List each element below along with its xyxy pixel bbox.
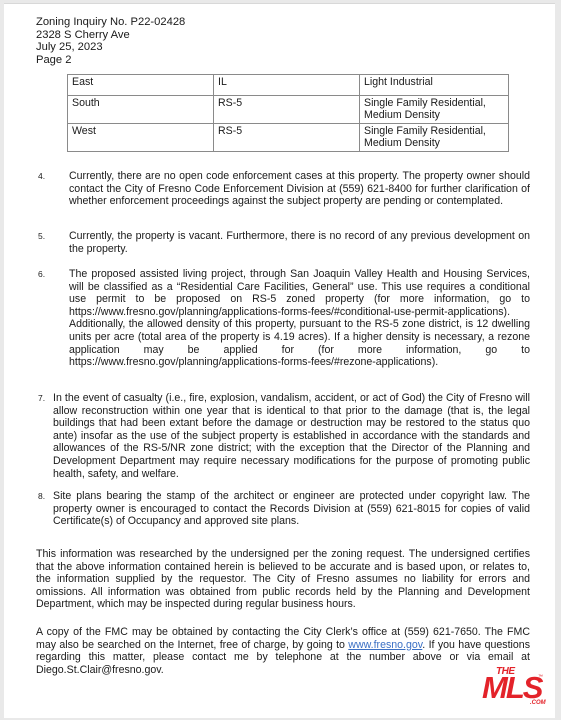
item-text: The proposed assisted living project, th… [69,268,530,369]
description-cell: Single Family Residential, Medium Densit… [360,96,509,124]
item-text: Site plans bearing the stamp of the arch… [53,490,530,528]
fmc-paragraph: A copy of the FMC may be obtained by con… [36,626,530,676]
inquiry-number: Zoning Inquiry No. P22-02428 [36,16,185,29]
fresno-website-link[interactable]: www.fresno.gov [348,639,422,651]
zone-cell: RS-5 [214,124,360,152]
direction-cell: East [68,75,214,96]
list-item: 7. In the event of casualty (i.e., fire,… [53,392,530,480]
surrounding-zoning-table: East IL Light Industrial South RS-5 Sing… [67,74,509,152]
description-cell: Single Family Residential, Medium Densit… [360,124,509,152]
watermark-com: .COM [530,700,546,706]
description-cell: Light Industrial [360,75,509,96]
item-text: Currently, there are no open code enforc… [69,170,530,208]
direction-cell: South [68,96,214,124]
item-number: 4. [38,170,45,183]
item-number: 6. [38,268,45,281]
zone-cell: RS-5 [214,96,360,124]
item-number: 7. [38,392,45,405]
list-item: 8. Site plans bearing the stamp of the a… [53,490,530,528]
table-row: South RS-5 Single Family Residential, Me… [68,96,509,124]
letter-date: July 25, 2023 [36,41,185,54]
page-number: Page 2 [36,54,185,67]
item-number: 5. [38,230,45,243]
zone-cell: IL [214,75,360,96]
list-item: 6. The proposed assisted living project,… [69,268,530,369]
property-address: 2328 S Cherry Ave [36,29,185,42]
list-item: 5. Currently, the property is vacant. Fu… [69,230,530,255]
watermark-trademark: ™ [538,674,543,680]
the-mls-watermark-logo: THE MLS ™ .COM [480,666,550,716]
item-text: Currently, the property is vacant. Furth… [69,230,530,255]
list-item: 4. Currently, there are no open code enf… [69,170,530,208]
table-row: West RS-5 Single Family Residential, Med… [68,124,509,152]
table-row: East IL Light Industrial [68,75,509,96]
document-page: Zoning Inquiry No. P22-02428 2328 S Cher… [4,3,555,718]
direction-cell: West [68,124,214,152]
item-number: 8. [38,490,45,503]
certification-paragraph: This information was researched by the u… [36,548,530,611]
item-text: In the event of casualty (i.e., fire, ex… [53,392,530,480]
letter-header: Zoning Inquiry No. P22-02428 2328 S Cher… [36,16,185,66]
